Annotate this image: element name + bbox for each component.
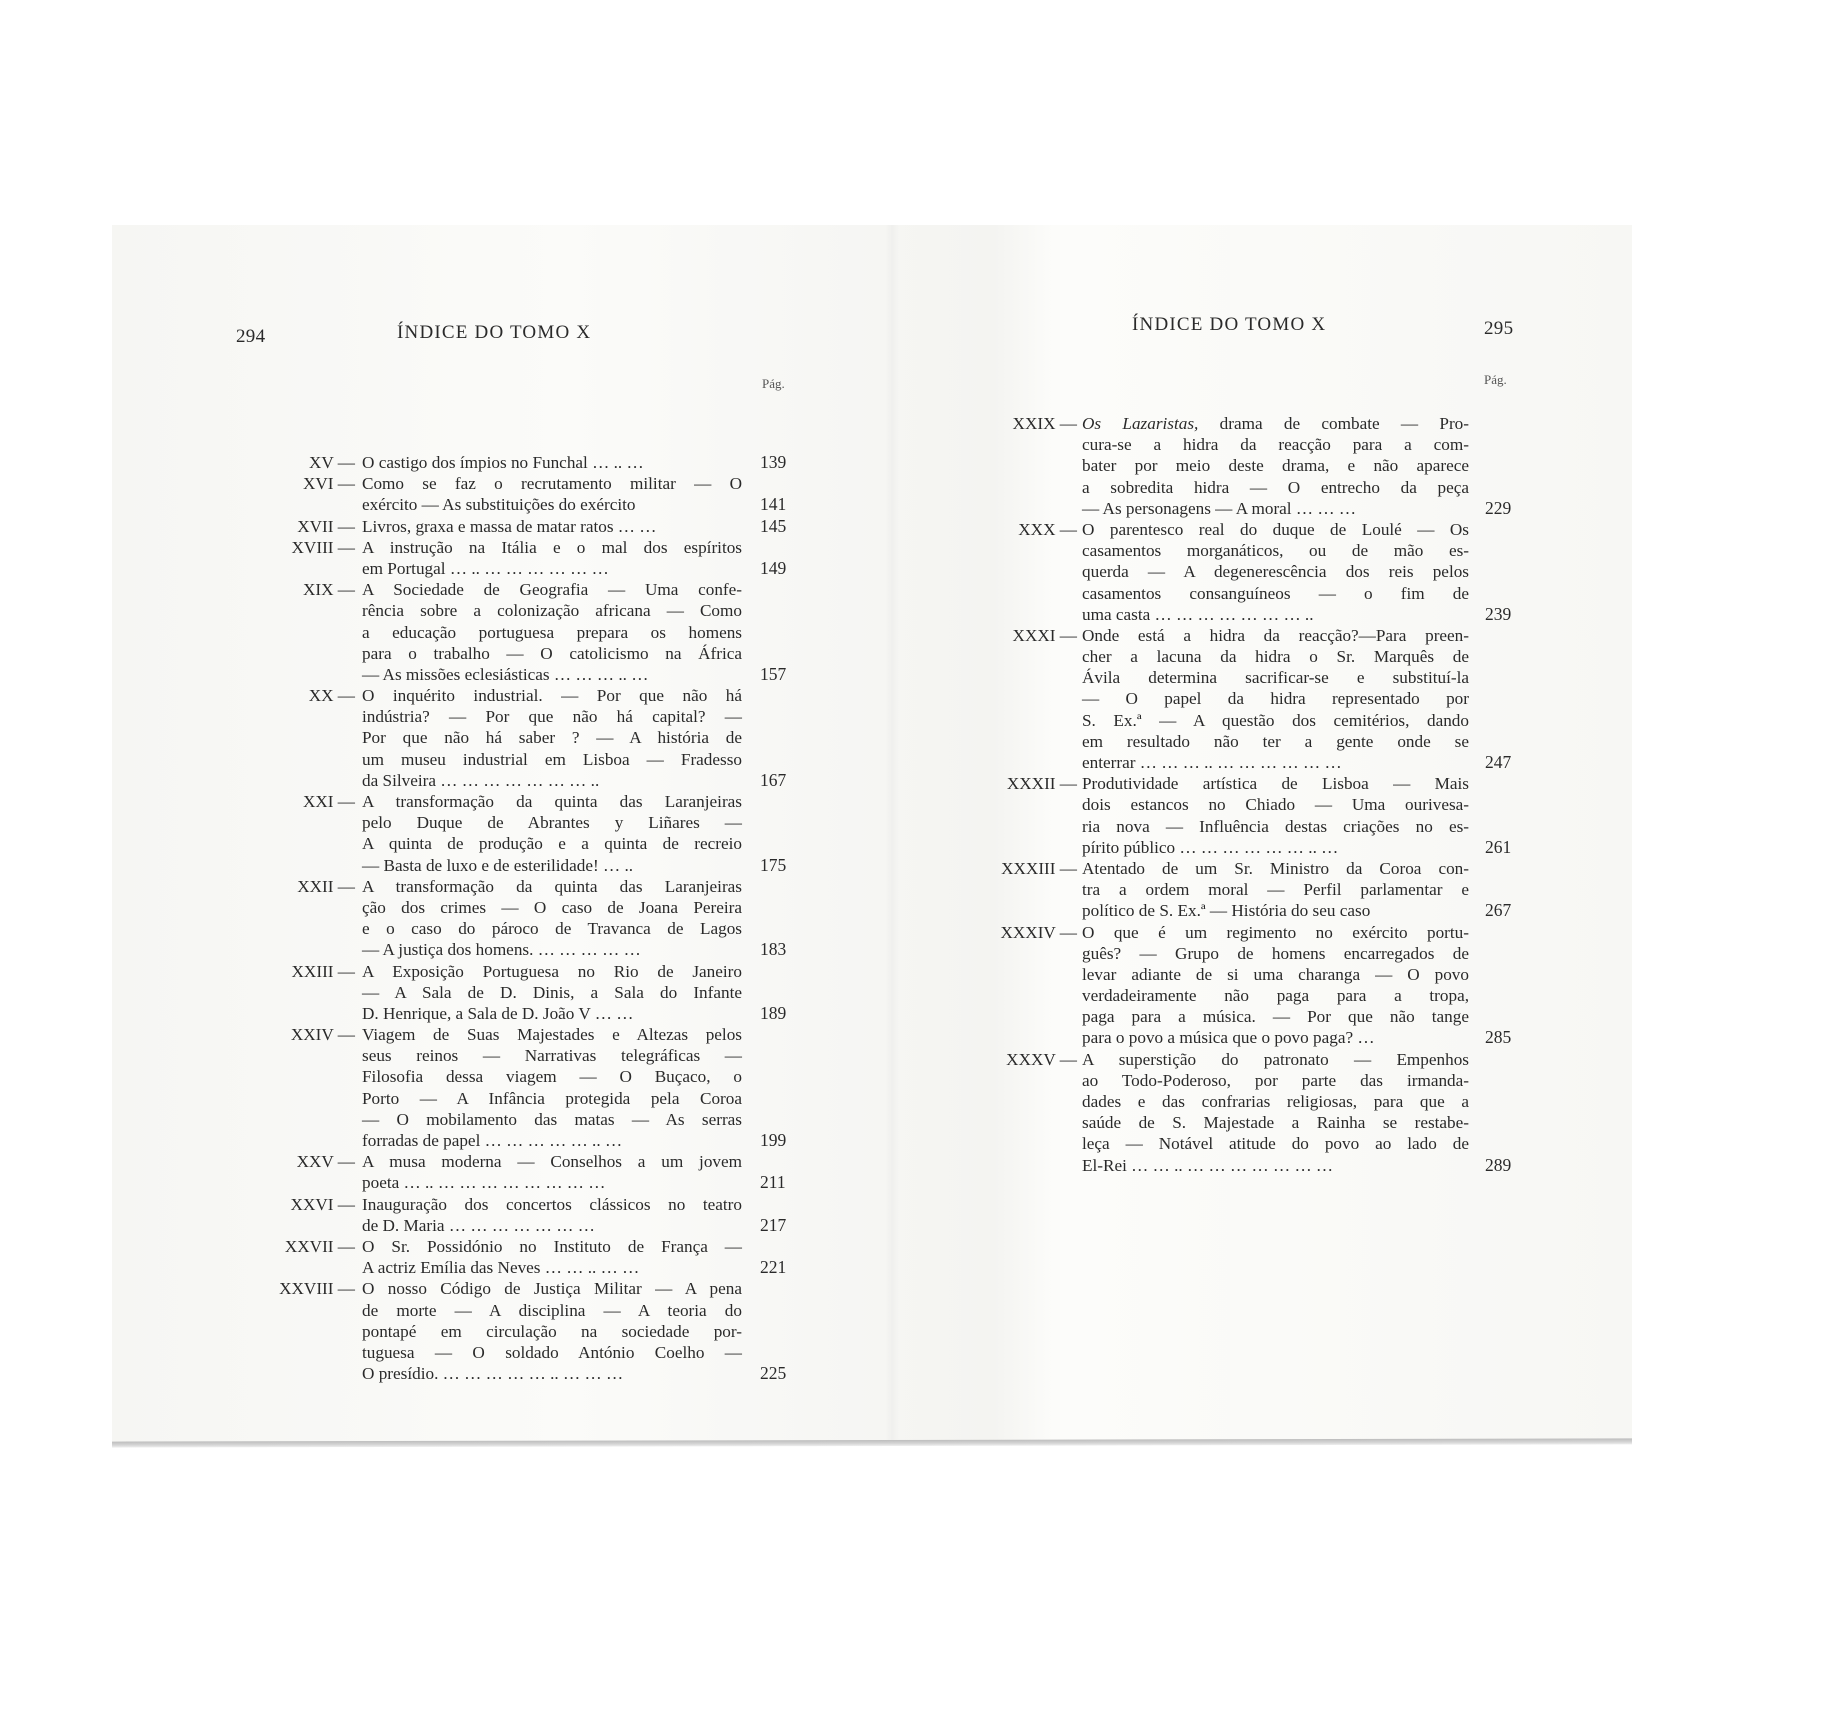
toc-entry: XXX —O parentesco real do duque de Loulé… <box>975 519 1535 625</box>
chapter-number: XXVII — <box>255 1236 355 1257</box>
chapter-title-line: Por que não há saber ? — A história de <box>362 727 742 748</box>
chapter-title-line: saúde de S. Majestade a Rainha se restab… <box>1082 1112 1469 1133</box>
toc-entry: XXXI —Onde está a hidra da reacção?—Para… <box>975 625 1535 773</box>
page-reference[interactable]: 183 <box>760 939 786 960</box>
toc-entry: XX —O inquérito industrial. — Por que nã… <box>255 685 795 791</box>
page-reference[interactable]: 167 <box>760 770 786 791</box>
toc-entry: XXVII —O Sr. Possidónio no Instituto de … <box>255 1236 795 1278</box>
chapter-title-line: Produtividade artística de Lisboa — Mais <box>1082 773 1469 794</box>
page-reference[interactable]: 157 <box>760 664 786 685</box>
toc-entry: XXXV —A superstição do patronato — Empen… <box>975 1049 1535 1176</box>
chapter-title-line: O que é um regimento no exército portu- <box>1082 922 1469 943</box>
chapter-title-line: Porto — A Infância protegida pela Coroa <box>362 1088 742 1109</box>
chapter-title-line: casamentos morganáticos, ou de mão es- <box>1082 540 1469 561</box>
chapter-title-line: rência sobre a colonização africana — Co… <box>362 600 742 621</box>
chapter-title-line: enterrar … … … .. … … … … … … <box>1082 752 1469 773</box>
chapter-number: XXV — <box>255 1151 355 1172</box>
page-reference[interactable]: 289 <box>1485 1155 1511 1176</box>
chapter-number: XXXIV — <box>975 922 1077 943</box>
toc-entry: XXIII —A Exposição Portuguesa no Rio de … <box>255 961 795 1025</box>
chapter-title-line: A Exposição Portuguesa no Rio de Janeiro <box>362 961 742 982</box>
chapter-number: XV — <box>255 452 355 473</box>
toc-entry: XXII —A transformação da quinta das Lara… <box>255 876 795 961</box>
page-reference[interactable]: 221 <box>760 1257 786 1278</box>
chapter-title-line: querda — A degenerescência dos reis pelo… <box>1082 561 1469 582</box>
page-reference[interactable]: 267 <box>1485 900 1511 921</box>
chapter-title-line: Inauguração dos concertos clássicos no t… <box>362 1194 742 1215</box>
chapter-title-line: tra a ordem moral — Perfil parlamentar e <box>1082 879 1469 900</box>
chapter-title-line: levar adiante de si uma charanga — O pov… <box>1082 964 1469 985</box>
chapter-title-line: Como se faz o recrutamento militar — O <box>362 473 742 494</box>
page-column-label: Pág. <box>1484 372 1507 388</box>
chapter-number: XXXV — <box>975 1049 1077 1070</box>
toc-entry: XXV —A musa moderna — Conselhos a um jov… <box>255 1151 795 1193</box>
table-of-contents: XXIX —Os Lazaristas, drama de combate — … <box>975 413 1535 1176</box>
chapter-title-line: A transformação da quinta das Laranjeira… <box>362 791 742 812</box>
chapter-title-line: Livros, graxa e massa de matar ratos … … <box>362 516 742 537</box>
chapter-number: XXXII — <box>975 773 1077 794</box>
chapter-title-line: A Sociedade de Geografia — Uma confe- <box>362 579 742 600</box>
chapter-title-line: dades e das confrarias religiosas, para … <box>1082 1091 1469 1112</box>
chapter-title-line: A quinta de produção e a quinta de recre… <box>362 833 742 854</box>
chapter-number: XXII — <box>255 876 355 897</box>
toc-entry: XIX —A Sociedade de Geografia — Uma conf… <box>255 579 795 685</box>
table-of-contents: XV —O castigo dos ímpios no Funchal … ..… <box>255 452 795 1384</box>
page-reference[interactable]: 149 <box>760 558 786 579</box>
page-reference[interactable]: 247 <box>1485 752 1511 773</box>
chapter-number: XVII — <box>255 516 355 537</box>
chapter-number: XVI — <box>255 473 355 494</box>
page-number: 295 <box>1484 318 1513 340</box>
chapter-title-line: ção dos crimes — O caso de Joana Pereira <box>362 897 742 918</box>
page-reference[interactable]: 229 <box>1485 498 1511 519</box>
toc-entry: XXXII —Produtividade artística de Lisboa… <box>975 773 1535 858</box>
toc-entry: XV —O castigo dos ímpios no Funchal … ..… <box>255 452 795 473</box>
chapter-title-line: um museu industrial em Lisboa — Fradesso <box>362 749 742 770</box>
chapter-title-line: Os Lazaristas, drama de combate — Pro- <box>1082 413 1469 434</box>
chapter-title-line: para o povo a música que o povo paga? … <box>1082 1027 1469 1048</box>
page-reference[interactable]: 199 <box>760 1130 786 1151</box>
chapter-title-line: de D. Maria … … … … … … … <box>362 1215 742 1236</box>
chapter-title-line: — O papel da hidra representado por <box>1082 688 1469 709</box>
chapter-title-line: O nosso Código de Justiça Militar — A pe… <box>362 1278 742 1299</box>
chapter-title-line: político de S. Ex.ª — História do seu ca… <box>1082 900 1469 921</box>
chapter-number: XXXI — <box>975 625 1077 646</box>
chapter-title-line: da Silveira … … … … … … … .. <box>362 770 742 791</box>
chapter-title-line: Atentado de um Sr. Ministro da Coroa con… <box>1082 858 1469 879</box>
chapter-number: XXXIII — <box>975 858 1077 879</box>
chapter-title-line: poeta … .. … … … … … … … … <box>362 1172 742 1193</box>
page-reference[interactable]: 141 <box>760 494 786 515</box>
chapter-title-line: — Basta de luxo e de esterilidade! … .. <box>362 855 742 876</box>
chapter-title-line: A musa moderna — Conselhos a um jovem <box>362 1151 742 1172</box>
chapter-title-line: — O mobilamento das matas — As serras <box>362 1109 742 1130</box>
toc-entry: XVII —Livros, graxa e massa de matar rat… <box>255 516 795 537</box>
page-reference[interactable]: 139 <box>760 452 786 473</box>
chapter-title-line: — A Sala de D. Dinis, a Sala do Infante <box>362 982 742 1003</box>
chapter-title-line: ria nova — Influência destas criações no… <box>1082 816 1469 837</box>
chapter-title-line: cher a lacuna da hidra o Sr. Marquês de <box>1082 646 1469 667</box>
chapter-title-line: de morte — A disciplina — A teoria do <box>362 1300 742 1321</box>
chapter-title-line: O Sr. Possidónio no Instituto de França … <box>362 1236 742 1257</box>
running-head: ÍNDICE DO TOMO X <box>397 322 591 344</box>
chapter-title-line: uma casta … … … … … … … .. <box>1082 604 1469 625</box>
chapter-title-line: para o trabalho — O catolicismo na Áfric… <box>362 643 742 664</box>
chapter-title-line: O parentesco real do duque de Loulé — Os <box>1082 519 1469 540</box>
chapter-title-line: D. Henrique, a Sala de D. João V … … <box>362 1003 742 1024</box>
page-reference[interactable]: 285 <box>1485 1027 1511 1048</box>
chapter-title-line: S. Ex.ª — A questão dos cemitérios, dand… <box>1082 710 1469 731</box>
chapter-number: XXIII — <box>255 961 355 982</box>
page-reference[interactable]: 175 <box>760 855 786 876</box>
chapter-number: XXI — <box>255 791 355 812</box>
chapter-title-line: O inquérito industrial. — Por que não há <box>362 685 742 706</box>
chapter-title-line: pontapé em circulação na sociedade por- <box>362 1321 742 1342</box>
chapter-title-line: forradas de papel … … … … … .. … <box>362 1130 742 1151</box>
running-head: ÍNDICE DO TOMO X <box>1132 314 1326 336</box>
chapter-title-line: a educação portuguesa prepara os homens <box>362 622 742 643</box>
toc-entry: XXXIV —O que é um regimento no exército … <box>975 922 1535 1049</box>
chapter-title-line: seus reinos — Narrativas telegráficas — <box>362 1045 742 1066</box>
page-reference[interactable]: 217 <box>760 1215 786 1236</box>
chapter-title-line: Onde está a hidra da reacção?—Para preen… <box>1082 625 1469 646</box>
chapter-title-line: indústria? — Por que não há capital? — <box>362 706 742 727</box>
chapter-title-line: a sobredita hidra — O entrecho da peça <box>1082 477 1469 498</box>
toc-entry: XVIII —A instrução na Itália e o mal dos… <box>255 537 795 579</box>
chapter-title-line: guês? — Grupo de homens encarregados de <box>1082 943 1469 964</box>
book-gutter <box>885 225 899 1443</box>
chapter-number: XX — <box>255 685 355 706</box>
chapter-title-line: A actriz Emília das Neves … … .. … … <box>362 1257 742 1278</box>
chapter-title-line: pírito público … … … … … … .. … <box>1082 837 1469 858</box>
chapter-number: XVIII — <box>255 537 355 558</box>
chapter-title-line: leça — Notável atitude do povo ao lado d… <box>1082 1133 1469 1154</box>
chapter-number: XXIX — <box>975 413 1077 434</box>
chapter-title-line: Ávila determina sacrificar-se e substitu… <box>1082 667 1469 688</box>
chapter-title-line: casamentos consanguíneos — o fim de <box>1082 583 1469 604</box>
toc-entry: XXIX —Os Lazaristas, drama de combate — … <box>975 413 1535 519</box>
toc-entry: XXIV —Viagem de Suas Majestades e Alteza… <box>255 1024 795 1151</box>
chapter-title-line: O castigo dos ímpios no Funchal … .. … <box>362 452 742 473</box>
chapter-title-line: dois estancos no Chiado — Uma ourivesa- <box>1082 794 1469 815</box>
chapter-title-line: A transformação da quinta das Laranjeira… <box>362 876 742 897</box>
chapter-title-line: El-Rei … … .. … … … … … … … <box>1082 1155 1469 1176</box>
chapter-number: XIX — <box>255 579 355 600</box>
chapter-title-line: Viagem de Suas Majestades e Altezas pelo… <box>362 1024 742 1045</box>
italic-title: Os Lazaristas, <box>1082 414 1198 433</box>
chapter-title-line: bater por meio deste drama, e não aparec… <box>1082 455 1469 476</box>
page-reference[interactable]: 225 <box>760 1363 786 1384</box>
page-reference[interactable]: 145 <box>760 516 786 537</box>
page-column-label: Pág. <box>762 376 785 392</box>
chapter-number: XXVIII — <box>255 1278 355 1299</box>
chapter-title-line: paga para a música. — Por que não tange <box>1082 1006 1469 1027</box>
chapter-title-line: A superstição do patronato — Empenhos <box>1082 1049 1469 1070</box>
chapter-title-line: A instrução na Itália e o mal dos espíri… <box>362 537 742 558</box>
toc-entry: XXVI —Inauguração dos concertos clássico… <box>255 1194 795 1236</box>
chapter-title-line: em resultado não ter a gente onde se <box>1082 731 1469 752</box>
chapter-number: XXVI — <box>255 1194 355 1215</box>
chapter-title-line: ao Todo-Poderoso, por parte das irmanda- <box>1082 1070 1469 1091</box>
chapter-number: XXX — <box>975 519 1077 540</box>
page-reference[interactable]: 261 <box>1485 837 1511 858</box>
chapter-title-line: Filosofia dessa viagem — O Buçaco, o <box>362 1066 742 1087</box>
toc-entry: XXVIII —O nosso Código de Justiça Milita… <box>255 1278 795 1384</box>
chapter-number: XXIV — <box>255 1024 355 1045</box>
chapter-title-line: exército — As substituições do exército <box>362 494 742 515</box>
chapter-title-line: tuguesa — O soldado António Coelho — <box>362 1342 742 1363</box>
chapter-title-line: pelo Duque de Abrantes y Liñares — <box>362 812 742 833</box>
toc-entry: XVI —Como se faz o recrutamento militar … <box>255 473 795 515</box>
chapter-title-line: — As personagens — A moral … … … <box>1082 498 1469 519</box>
chapter-title-line: — A justiça dos homens. … … … … … <box>362 939 742 960</box>
chapter-title-line: cura-se a hidra da reacção para a com- <box>1082 434 1469 455</box>
page-number: 294 <box>236 326 265 348</box>
chapter-title-line: e o caso do pároco de Travanca de Lagos <box>362 918 742 939</box>
chapter-title-line: — As missões eclesiásticas … … … .. … <box>362 664 742 685</box>
toc-entry: XXI —A transformação da quinta das Laran… <box>255 791 795 876</box>
chapter-title-line: em Portugal … .. … … … … … … <box>362 558 742 579</box>
toc-entry: XXXIII —Atentado de um Sr. Ministro da C… <box>975 858 1535 922</box>
chapter-title-line: O presídio. … … … … … .. … … … <box>362 1363 742 1384</box>
page-reference[interactable]: 211 <box>760 1172 786 1193</box>
page-reference[interactable]: 189 <box>760 1003 786 1024</box>
page-reference[interactable]: 239 <box>1485 604 1511 625</box>
chapter-title-line: verdadeiramente não paga para a tropa, <box>1082 985 1469 1006</box>
